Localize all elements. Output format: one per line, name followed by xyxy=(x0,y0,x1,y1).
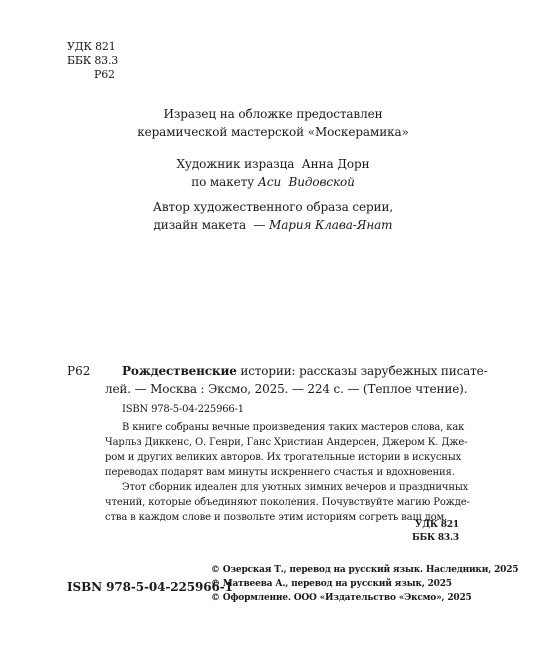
bibliographic-record: Рождественские истории: рассказы зарубеж… xyxy=(105,362,530,398)
tile-artist-layout-author: Аси Видовской xyxy=(258,175,355,189)
series-design-line2-prefix: дизайн макета — xyxy=(154,218,270,232)
classification-codes-bottom: УДК 821 ББК 83.3 xyxy=(412,519,459,545)
tile-artist-line1: Художник изразца Анна Дорн xyxy=(0,155,546,173)
bbk-code-bottom: ББК 83.3 xyxy=(412,532,459,545)
bibliographic-line1: Рождественские истории: рассказы зарубеж… xyxy=(105,362,530,380)
tile-artist-line2-prefix: по макету xyxy=(191,175,258,189)
classification-codes-top: УДК 821 ББК 83.3 Р62 xyxy=(67,40,118,82)
udk-code-bottom: УДК 821 xyxy=(412,519,459,532)
annotation: В книге собраны вечные произведения таки… xyxy=(105,420,525,525)
series-design-line1: Автор художественного образа серии, xyxy=(0,198,546,216)
copyright-line: © Озерская Т., перевод на русский язык. … xyxy=(211,563,518,577)
cover-tile-credit-line1: Изразец на обложке предоставлен xyxy=(0,105,546,123)
tile-artist-line2: по макету Аси Видовской xyxy=(0,173,546,191)
cover-tile-credit: Изразец на обложке предоставлен керамиче… xyxy=(0,105,546,141)
udk-code: УДК 821 xyxy=(67,40,118,54)
isbn-footer: ISBN 978-5-04-225966-1 xyxy=(67,580,233,595)
copyright-line: © Матвеева А., перевод на русский язык, … xyxy=(211,577,518,591)
bbk-code: ББК 83.3 xyxy=(67,54,118,68)
cover-tile-credit-line2: керамической мастерской «Москерамика» xyxy=(0,123,546,141)
tile-artist-credit: Художник изразца Анна Дорн по макету Аси… xyxy=(0,155,546,191)
series-designer-name: Мария Клава-Янат xyxy=(269,218,392,232)
annotation-line: чтений, которые объединяют поколения. По… xyxy=(105,495,525,510)
annotation-line: В книге собраны вечные произведения таки… xyxy=(105,420,525,435)
annotation-line: Этот сборник идеален для уютных зимних в… xyxy=(105,480,525,495)
copyright-notices: © Озерская Т., перевод на русский язык. … xyxy=(211,563,518,605)
annotation-line: Чарльз Диккенс, О. Генри, Ганс Христиан … xyxy=(105,435,525,450)
bibliographic-line2: лей. — Москва : Эксмо, 2025. — 224 с. — … xyxy=(105,380,530,398)
isbn-record: ISBN 978-5-04-225966-1 xyxy=(122,403,244,417)
series-design-credit: Автор художественного образа серии, диза… xyxy=(0,198,546,234)
copyright-line: © Оформление. ООО «Издательство «Эксмо»,… xyxy=(211,591,518,605)
bibliographic-line1-rest: истории: рассказы зарубежных писате- xyxy=(237,364,488,378)
book-title-bold: Рождественские xyxy=(122,364,237,378)
annotation-line: ром и других великих авторов. Их трогате… xyxy=(105,450,525,465)
series-design-line2: дизайн макета — Мария Клава-Янат xyxy=(0,216,546,234)
bibliographic-author-mark: Р62 xyxy=(67,362,90,380)
annotation-line: переводах подарят вам минуты искреннего … xyxy=(105,465,525,480)
author-mark: Р62 xyxy=(67,68,118,82)
annotation-line: ства в каждом слове и позвольте этим ист… xyxy=(105,510,525,525)
